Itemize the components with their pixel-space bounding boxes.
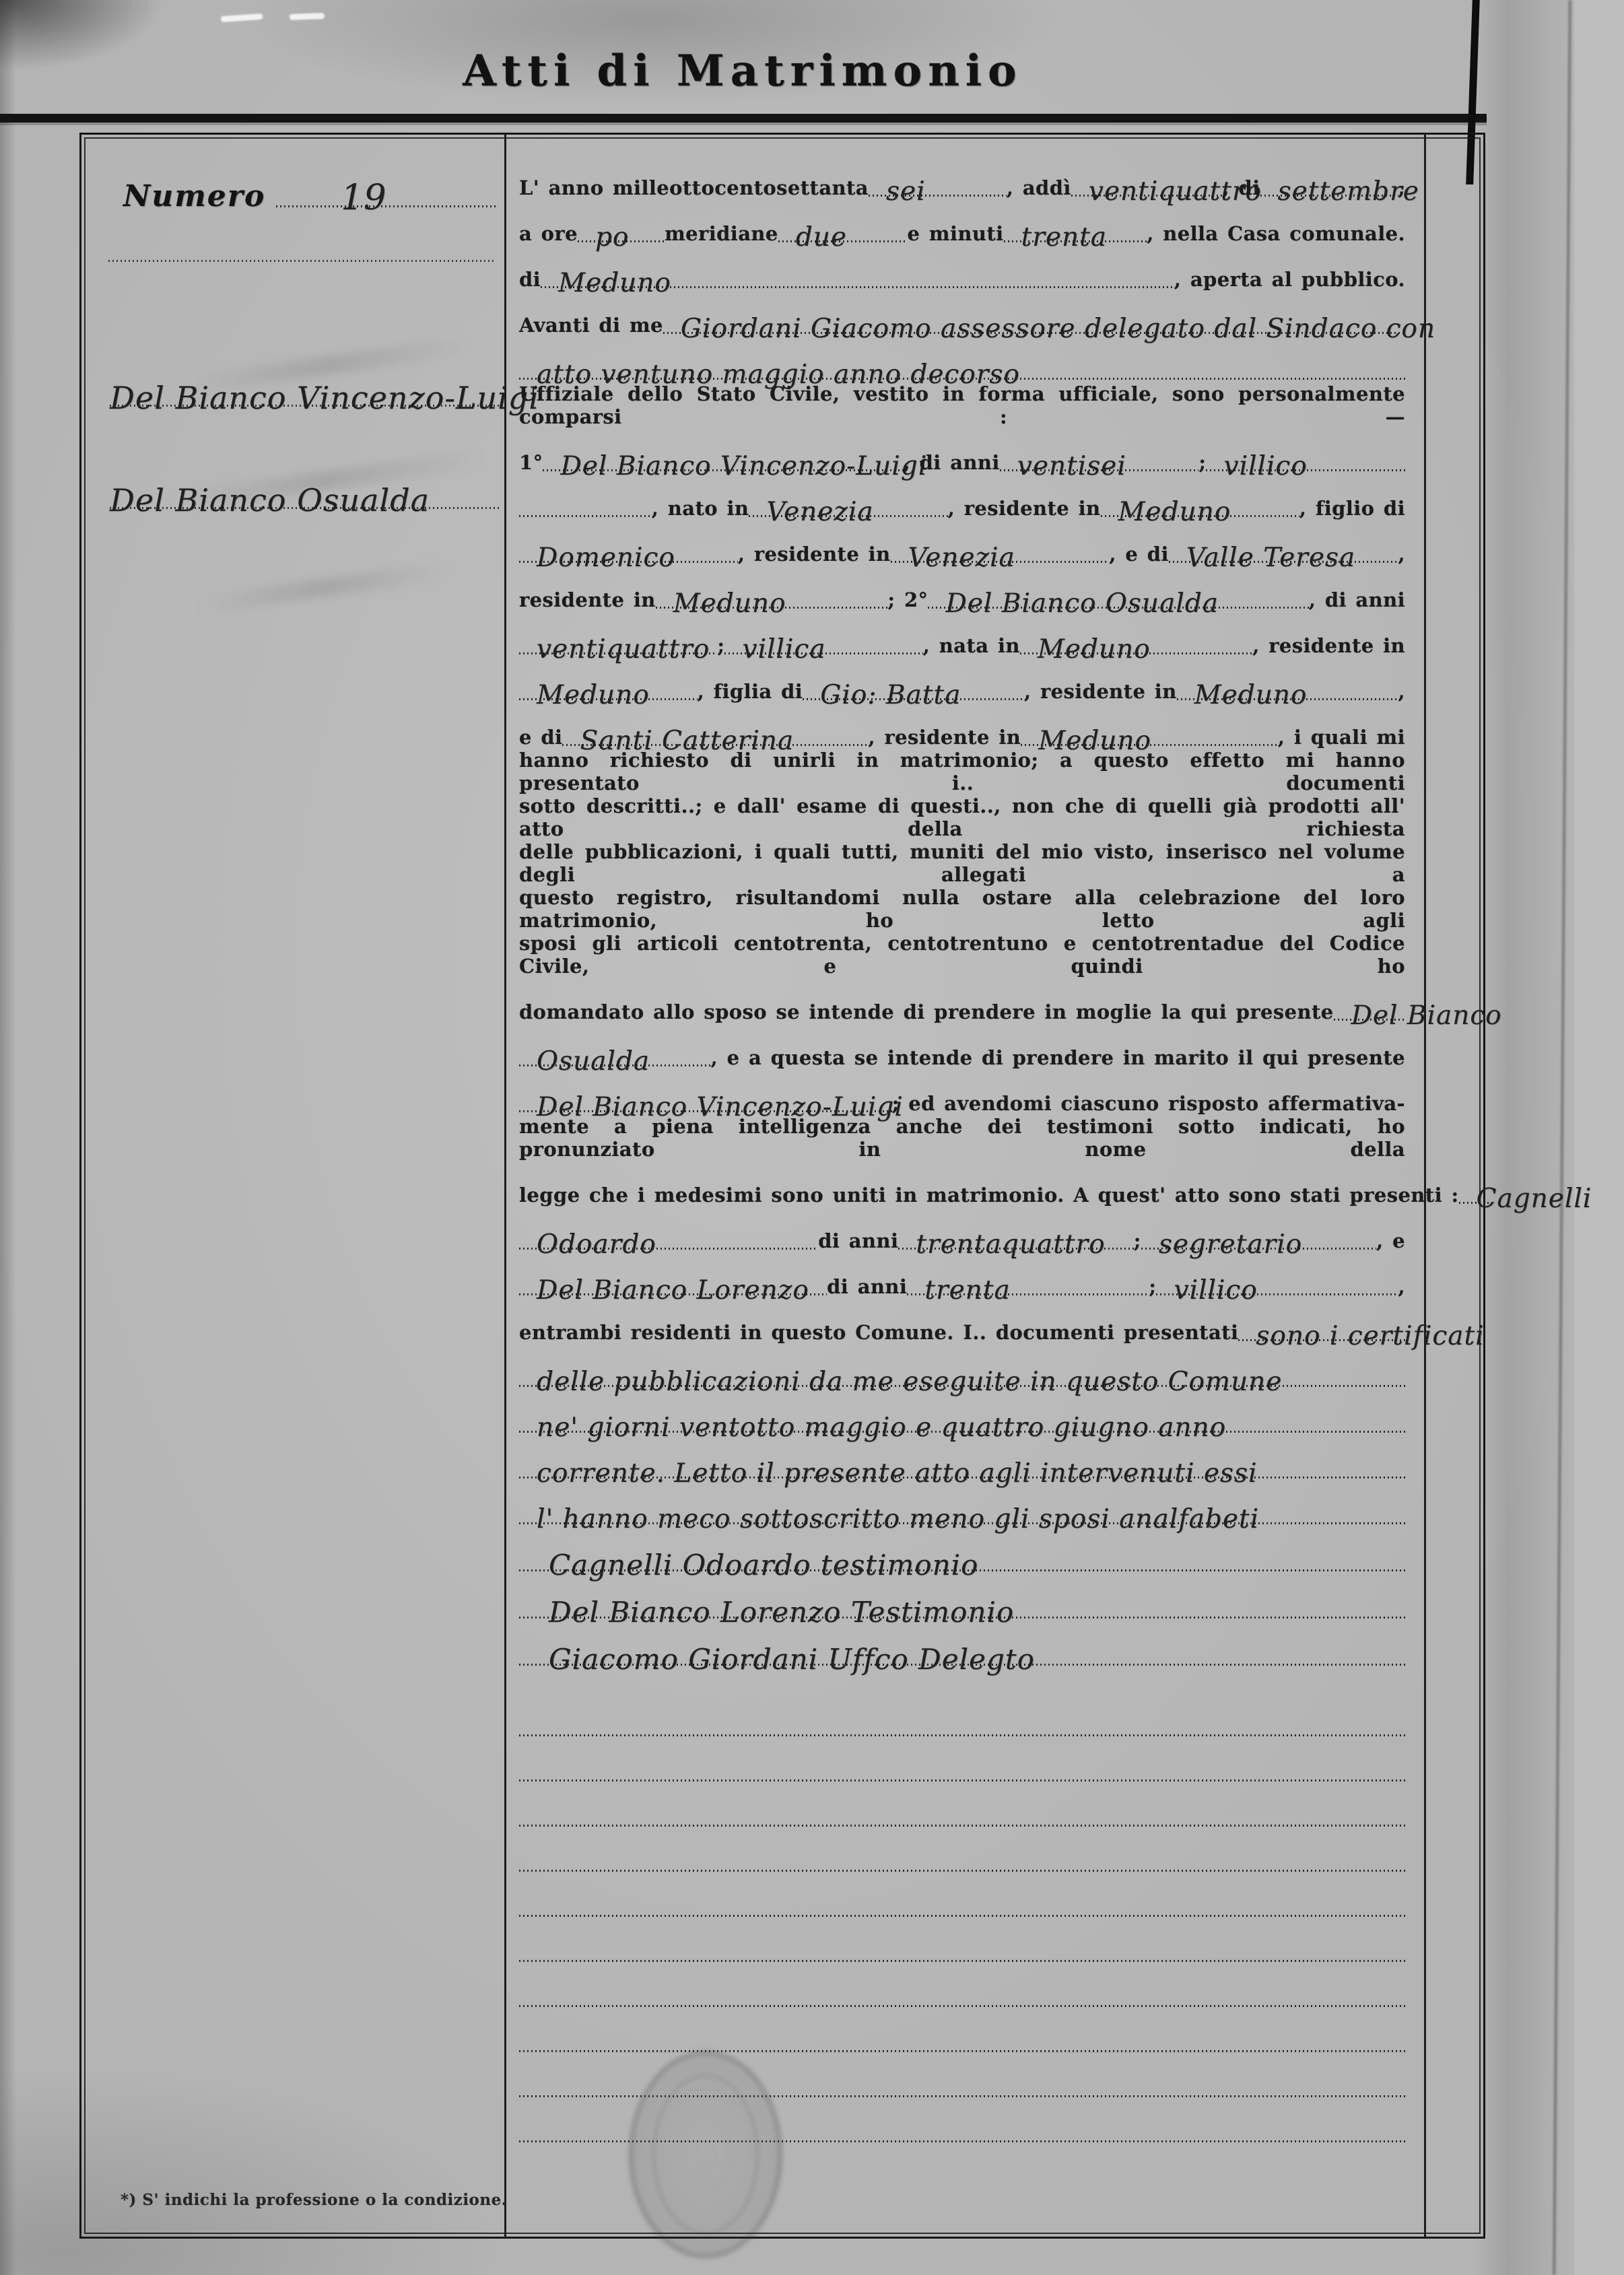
handwritten-entry: corrente. Letto il presente atto agli in… <box>537 1462 1257 1485</box>
spacer <box>519 1672 1405 1698</box>
fill-in-blank: segretario <box>1141 1211 1376 1256</box>
act-line: , nato inVenezia, residente inMeduno, fi… <box>519 478 1405 524</box>
handwritten-entry: delle pubblicazioni da me eseguite in qu… <box>537 1370 1282 1394</box>
act-line: atto ventuno maggio anno decorso <box>519 341 1405 386</box>
title-divider-rule <box>0 114 1487 123</box>
fill-in-blank: Valle Teresa <box>1169 524 1398 570</box>
handwritten-entry: Del Bianco Lorenzo Testimonio <box>549 1600 1014 1625</box>
fill-in-blank <box>519 1878 1405 1924</box>
printed-text: Avanti di me <box>519 314 663 341</box>
printed-text: entrambi residenti in questo Comune. I..… <box>519 1322 1238 1348</box>
printed-text: ; <box>1134 1230 1141 1256</box>
printed-text: delle pubblicazioni, i quali tutti, muni… <box>519 841 1405 890</box>
printed-text: residente in <box>519 589 656 615</box>
fill-in-blank: Osualda <box>519 1027 711 1073</box>
handwritten-entry: Meduno <box>673 592 786 615</box>
margin-spouse2-name: Del Bianco Osualda <box>110 439 502 514</box>
act-line: L' anno milleottocentosettantasei, addìv… <box>519 158 1405 203</box>
act-line: sotto descritti..; e dall' esame di ques… <box>519 799 1405 844</box>
act-line: Avanti di meGiordani Giacomo assessore d… <box>519 295 1405 341</box>
empty-ruled-line <box>519 2014 1405 2059</box>
handwritten-entry: Del Bianco Osualda <box>945 592 1219 615</box>
handwritten-entry: segretario <box>1159 1233 1302 1256</box>
printed-text: , residente in <box>948 498 1101 524</box>
printed-text: ; 2° <box>887 589 928 615</box>
signature-line: Giacomo Giordani Uffco Delegto <box>519 1625 1405 1672</box>
fill-in-blank: sono i certificati <box>1238 1302 1405 1348</box>
empty-ruled-line <box>519 1698 1405 1743</box>
fill-in-blank: trenta <box>907 1256 1149 1302</box>
fill-in-blank: trentaquattro <box>898 1211 1133 1256</box>
footnote: *) S' indichi la professione o la condiz… <box>121 2191 507 2210</box>
numero-label: Numero <box>123 182 276 214</box>
record-number: 19 <box>341 182 386 214</box>
handwritten-entry: Venezia <box>908 546 1015 570</box>
printed-text: , e di <box>1109 543 1168 570</box>
fill-in-blank: villico <box>1156 1256 1398 1302</box>
fill-in-blank: po <box>578 203 665 249</box>
act-line: ne' giorni ventotto maggio e quattro giu… <box>519 1394 1405 1439</box>
empty-ruled-line <box>519 1743 1405 1788</box>
numero-row: Numero 19 <box>123 156 498 214</box>
fill-in-blank: villico <box>1206 432 1405 478</box>
fill-in-blank <box>519 1924 1405 1969</box>
fill-in-blank: Meduno <box>1101 478 1299 524</box>
empty-ruled-line <box>519 1969 1405 2014</box>
printed-text: , residente in <box>1024 681 1177 707</box>
handwritten-entry: Valle Teresa <box>1186 546 1355 570</box>
fill-in-blank: Cagnelli Odoardo testimonio <box>519 1531 1405 1578</box>
fill-in-blank: ventisei <box>1000 432 1199 478</box>
empty-ruled-line <box>519 1833 1405 1878</box>
fill-in-blank: Odoardo <box>519 1211 818 1256</box>
printed-text: , e a questa se intende di prendere in m… <box>711 1047 1405 1073</box>
fill-in-blank: Giacomo Giordani Uffco Delegto <box>519 1625 1405 1672</box>
empty-blank <box>537 1765 545 1788</box>
handwritten-entry: Odoardo <box>537 1233 656 1256</box>
printed-text: questo registro, risultandomi nulla osta… <box>519 887 1405 936</box>
handwritten-entry: ventiquattro <box>537 638 710 661</box>
fill-in-blank: Venezia <box>749 478 947 524</box>
handwritten-entry: Del Bianco Lorenzo <box>537 1279 809 1302</box>
printed-text: sposi gli articoli centotrenta, centotre… <box>519 932 1405 982</box>
fill-in-blank <box>519 1969 1405 2014</box>
act-line: Osualda, e a questa se intende di prende… <box>519 1027 1405 1073</box>
act-line: mente a piena intelligenza anche dei tes… <box>519 1119 1405 1165</box>
fill-in-blank: Meduno <box>1177 661 1398 707</box>
fill-in-blank: Domenico <box>519 524 738 570</box>
empty-ruled-line <box>519 1924 1405 1969</box>
handwritten-entry: sono i certificati <box>1256 1324 1484 1348</box>
act-line: Meduno, figlia diGio: Batta, residente i… <box>519 661 1405 707</box>
fill-in-blank: Santi Catterina <box>562 707 868 753</box>
fill-in-blank <box>519 2014 1405 2059</box>
printed-text: legge che i medesimi sono uniti in matri… <box>519 1184 1459 1211</box>
act-line: a orepomeridianeduee minutitrenta, nella… <box>519 203 1405 249</box>
fill-in-blank: Venezia <box>891 524 1110 570</box>
act-line: delle pubblicazioni da me eseguite in qu… <box>519 1348 1405 1394</box>
act-line: ventiquattro;villica, nata inMeduno, res… <box>519 615 1405 661</box>
handwritten-entry: ne' giorni ventotto maggio e quattro giu… <box>537 1416 1226 1439</box>
printed-text: ; <box>1198 452 1206 478</box>
printed-text: hanno richiesto di unirli in matrimonio;… <box>519 749 1405 799</box>
printed-text: , nato in <box>652 498 749 524</box>
fill-in-blank: ne' giorni ventotto maggio e quattro giu… <box>519 1394 1405 1439</box>
fill-in-blank: Cagnelli <box>1459 1165 1494 1211</box>
printed-text: di <box>519 269 541 295</box>
fill-in-blank: corrente. Letto il presente atto agli in… <box>519 1439 1405 1485</box>
fill-in-blank: Del Bianco Lorenzo <box>519 1256 827 1302</box>
fill-in-blank: Meduno <box>541 249 1174 295</box>
fill-in-blank: Giordani Giacomo assessore delegato dal … <box>663 295 1405 341</box>
handwritten-entry: l' hanno meco sottoscritto meno gli spos… <box>537 1507 1259 1531</box>
act-line: entrambi residenti in questo Comune. I..… <box>519 1302 1405 1348</box>
handwritten-entry: villica <box>742 638 825 661</box>
act-line: delle pubblicazioni, i quali tutti, muni… <box>519 844 1405 890</box>
printed-text: , aperta al pubblico. <box>1174 269 1405 295</box>
fill-in-blank: Meduno <box>1020 615 1252 661</box>
handwritten-entry: villico <box>1174 1279 1257 1302</box>
printed-text: L' anno milleottocentosettanta <box>519 177 869 203</box>
scratch-mark <box>221 13 263 22</box>
printed-text: , di <box>1223 177 1260 203</box>
handwritten-entry: Gio: Batta <box>820 683 961 707</box>
binding-crease <box>1553 0 1571 2275</box>
printed-text: , nella Casa comunale. <box>1147 223 1405 249</box>
printed-text: mente a piena intelligenza anche dei tes… <box>519 1116 1405 1165</box>
fill-in-blank: l' hanno meco sottoscritto meno gli spos… <box>519 1485 1405 1531</box>
fill-in-blank: 19 <box>276 156 498 214</box>
fill-in-blank: Meduno <box>519 661 698 707</box>
act-line: 1°Del Bianco Vincenzo-Luigi, di annivent… <box>519 432 1405 478</box>
fill-in-blank: due <box>778 203 908 249</box>
act-line: residente inMeduno; 2°Del Bianco Osualda… <box>519 570 1405 615</box>
handwritten-entry: villico <box>1223 454 1307 478</box>
record-frame: Numero 19 Del Bianco Vincenzo-Luigi Del … <box>79 133 1485 2239</box>
handwritten-entry: Del Bianco Vincenzo-Luigi <box>110 384 539 412</box>
scanned-marriage-record-page: { "title": "Atti di Matrimonio", "margin… <box>0 0 1624 2275</box>
printed-text: 1° <box>519 452 543 478</box>
act-line: Uffiziale dello Stato Civile, vestito in… <box>519 386 1405 432</box>
printed-text: sotto descritti..; e dall' esame di ques… <box>519 795 1405 844</box>
handwritten-entry: Venezia <box>766 500 873 524</box>
fill-in-blank: sei <box>869 158 1007 203</box>
margin-column-divider <box>504 135 506 2237</box>
handwritten-entry: Meduno <box>1038 638 1151 661</box>
handwritten-entry: Domenico <box>537 546 675 570</box>
empty-blank <box>537 2035 545 2059</box>
handwritten-entry: trentaquattro <box>916 1233 1105 1256</box>
fill-in-blank: Del Bianco Vincenzo-Luigi <box>519 1073 892 1119</box>
act-line: diMeduno, aperta al pubblico. <box>519 249 1405 295</box>
handwritten-entry: Giordani Giacomo assessore delegato dal … <box>681 317 1435 341</box>
empty-blank <box>537 500 545 524</box>
handwritten-entry: trenta <box>924 1279 1010 1302</box>
printed-text: , nata in <box>923 635 1020 661</box>
printed-text: , residente in <box>1252 635 1405 661</box>
handwritten-entry: sei <box>886 180 926 203</box>
handwritten-entry: due <box>796 226 847 249</box>
fill-in-blank: villica <box>724 615 922 661</box>
empty-blank <box>537 1810 545 1833</box>
handwritten-entry: Cagnelli <box>1477 1187 1592 1211</box>
printed-text: , e <box>1376 1230 1405 1256</box>
printed-text: , figlio di <box>1299 498 1405 524</box>
act-body: L' anno milleottocentosettantasei, addìv… <box>519 158 1405 2149</box>
act-line: legge che i medesimi sono uniti in matri… <box>519 1165 1405 1211</box>
stamp-ghost <box>628 2050 783 2259</box>
fill-in-blank <box>519 1833 1405 1878</box>
printed-text: , addì <box>1007 177 1071 203</box>
handwritten-entry: Osualda <box>537 1050 650 1073</box>
empty-blank <box>537 1720 545 1743</box>
printed-text: , <box>1398 681 1406 707</box>
act-line: questo registro, risultandomi nulla osta… <box>519 890 1405 936</box>
printed-text: ; <box>717 635 724 661</box>
act-line: Del Bianco Vincenzo-Luigi; ed avendomi c… <box>519 1073 1405 1119</box>
empty-blank <box>537 2126 545 2149</box>
fill-in-blank <box>519 1743 1405 1788</box>
scratch-mark <box>290 13 325 20</box>
fill-in-blank <box>519 478 652 524</box>
printed-text: e minuti <box>908 223 1004 249</box>
fill-in-blank: settembre <box>1260 158 1398 203</box>
fill-in-blank: Del Bianco Vincenzo-Luigi <box>543 432 903 478</box>
printed-text: , <box>1398 543 1406 570</box>
fill-in-blank: delle pubblicazioni da me eseguite in qu… <box>519 1348 1405 1394</box>
fill-in-blank: atto ventuno maggio anno decorso <box>519 341 1405 386</box>
act-line: corrente. Letto il presente atto agli in… <box>519 1439 1405 1485</box>
act-line: l' hanno meco sottoscritto meno gli spos… <box>519 1485 1405 1531</box>
printed-text: , residente in <box>738 543 891 570</box>
printed-text: di anni <box>827 1276 907 1302</box>
act-line: Domenico, residente inVenezia, e diValle… <box>519 524 1405 570</box>
margin-spouse1-name: Del Bianco Vincenzo-Luigi <box>110 337 502 412</box>
handwritten-entry: Del Bianco Vincenzo-Luigi <box>560 454 927 478</box>
printed-text: meridiane <box>665 223 778 249</box>
empty-blank <box>537 1945 545 1969</box>
empty-blank <box>537 2080 545 2104</box>
printed-text: di anni <box>818 1230 898 1256</box>
printed-text: domandato allo sposo se intende di prend… <box>519 1001 1334 1027</box>
handwritten-entry: Meduno <box>1118 500 1231 524</box>
printed-text: , di anni <box>904 452 1000 478</box>
handwritten-entry: Meduno <box>537 683 650 707</box>
handwritten-entry: Meduno <box>1194 683 1308 707</box>
handwritten-entry: trenta <box>1021 226 1107 249</box>
printed-text: , figlia di <box>698 681 803 707</box>
act-line: hanno richiesto di unirli in matrimonio;… <box>519 753 1405 799</box>
printed-text: ; <box>1149 1276 1156 1302</box>
fill-in-blank <box>519 1698 1405 1743</box>
signature-line: Cagnelli Odoardo testimonio <box>519 1531 1405 1578</box>
fill-in-blank: Del Bianco Osualda <box>928 570 1308 615</box>
act-line: sposi gli articoli centotrenta, centotre… <box>519 936 1405 982</box>
fill-in-blank: Gio: Batta <box>803 661 1024 707</box>
empty-blank <box>537 1900 545 1924</box>
handwritten-entry: Cagnelli Odoardo testimonio <box>549 1553 978 1578</box>
act-line: Del Bianco Lorenzodi annitrenta;villico, <box>519 1256 1405 1302</box>
printed-text: , <box>1398 1276 1406 1302</box>
handwritten-entry: Del Bianco <box>1351 1004 1502 1027</box>
handwritten-entry: po <box>595 226 629 249</box>
printed-text: a ore <box>519 223 578 249</box>
page-title: Atti di Matrimonio <box>0 50 1485 93</box>
handwritten-entry: Meduno <box>558 271 671 295</box>
fill-in-blank: Del Bianco Lorenzo Testimonio <box>519 1578 1405 1625</box>
act-line: domandato allo sposo se intende di prend… <box>519 982 1405 1027</box>
printed-text: , di anni <box>1309 589 1405 615</box>
handwritten-entry: Giacomo Giordani Uffco Delegto <box>549 1647 1035 1672</box>
handwritten-entry: ventisei <box>1017 454 1126 478</box>
fill-in-blank: ventiquattro <box>519 615 717 661</box>
empty-ruled-line <box>519 1878 1405 1924</box>
fill-in-blank: Meduno <box>1021 707 1278 753</box>
printed-text: , <box>1398 177 1406 203</box>
fill-in-blank <box>519 1788 1405 1833</box>
bleed-through-smudge <box>196 562 452 615</box>
empty-blank <box>537 1855 545 1878</box>
fill-in-blank: trenta <box>1004 203 1147 249</box>
fill-in-blank: Del Bianco <box>1334 982 1405 1027</box>
printed-text: Uffiziale dello Stato Civile, vestito in… <box>519 383 1405 432</box>
act-line: Odoardodi annitrentaquattro;segretario, … <box>519 1211 1405 1256</box>
margin-ruled-line <box>108 260 496 262</box>
handwritten-entry: Del Bianco Osualda <box>110 487 430 514</box>
act-line: e diSanti Catterina, residente inMeduno,… <box>519 707 1405 753</box>
empty-blank <box>537 1990 545 2014</box>
fill-in-blank: ventiquattro <box>1071 158 1223 203</box>
empty-ruled-line <box>519 1788 1405 1833</box>
signature-line: Del Bianco Lorenzo Testimonio <box>519 1578 1405 1625</box>
fill-in-blank: Meduno <box>656 570 888 615</box>
page-edge <box>1574 0 1624 2275</box>
